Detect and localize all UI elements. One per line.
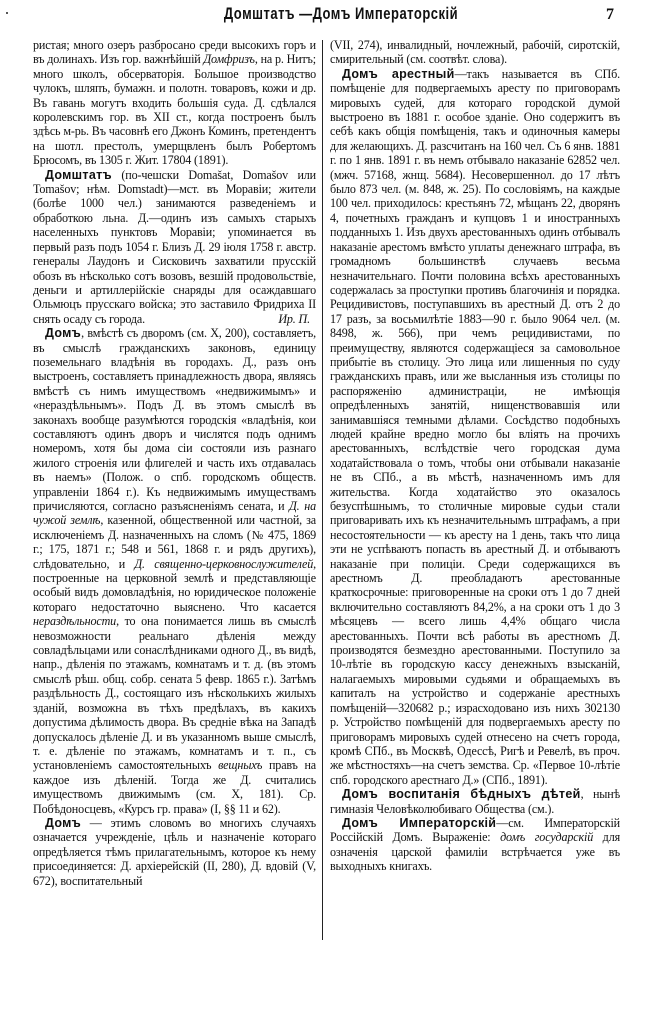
left-column: ристая; много озеръ разбросано среди выс… <box>33 38 316 888</box>
entry-dom: Домъ, вмѣстѣ съ дворомъ (см. X, 200), со… <box>33 326 316 816</box>
right-column: (VII, 274), инвалидный, ночлежный, рабоч… <box>330 38 620 874</box>
entry-dom-institution: Домъ — этимъ словомъ во многихъ случаяхъ… <box>33 816 316 888</box>
page-number: 7 <box>606 6 614 24</box>
entry-dom-arestny: Домъ арестный—такъ называется въ СПб. по… <box>330 67 620 787</box>
headword: Домъ <box>45 326 81 340</box>
headword: Домъ <box>45 816 81 830</box>
entry-dom-imperatorsky: Домъ Императорскій—см. Императорскій Рос… <box>330 816 620 874</box>
entry-domshtat: Домштатъ (по-чешски Domašat, Domašov или… <box>33 168 316 326</box>
margin-mark <box>6 12 8 14</box>
headword: Домштатъ <box>45 168 112 182</box>
entry-dom-vospitaniya: Домъ воспитанія бѣдныхъ дѣтей, нынѣ гимн… <box>330 787 620 816</box>
continued-paragraph: ристая; много озеръ разбросано среди выс… <box>33 38 316 168</box>
column-divider <box>322 40 323 940</box>
running-title: Домштатъ —Домъ Императорскій <box>32 4 622 23</box>
headword: Домъ Императорскій <box>342 816 496 830</box>
headword: Домъ воспитанія бѣдныхъ дѣтей <box>342 787 581 801</box>
page-header: Домштатъ —Домъ Императорскій 7 <box>32 6 622 28</box>
author-signature: Ир. П. <box>266 312 316 326</box>
headword: Домъ арестный <box>342 67 455 81</box>
continued-paragraph: (VII, 274), инвалидный, ночлежный, рабоч… <box>330 38 620 67</box>
